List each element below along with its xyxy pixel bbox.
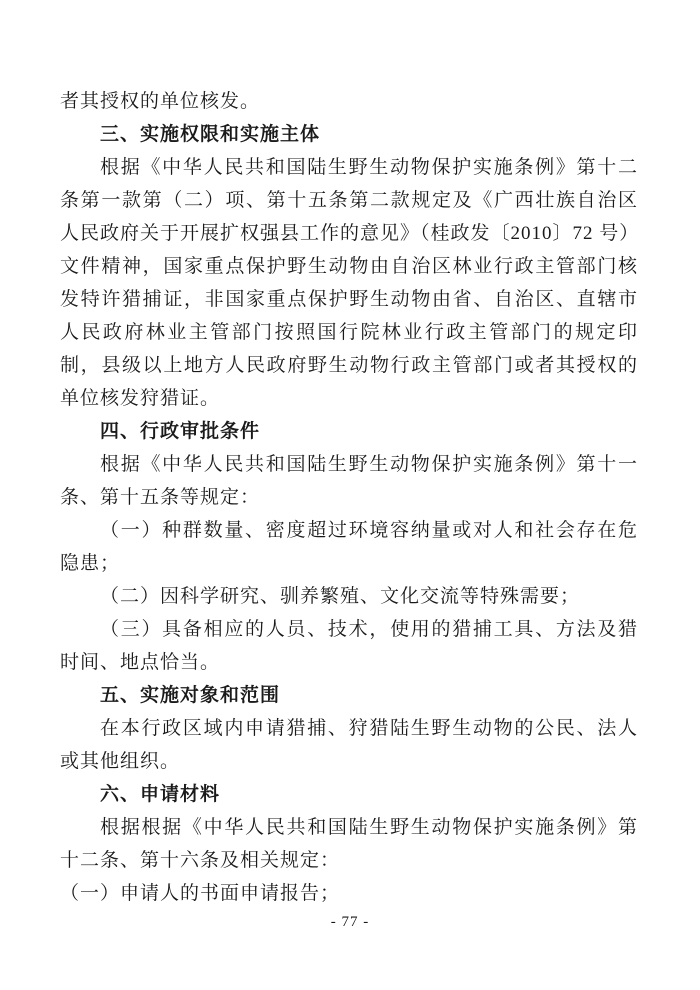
text-line: 条第一款第（二）项、第十五条第二款规定及《广西壮族自治区	[60, 184, 638, 217]
text-line: 或其他组织。	[60, 745, 638, 778]
section-heading: 三、实施权限和实施主体	[60, 118, 638, 151]
text-line: 隐患；	[60, 547, 638, 580]
text-line: 制，县级以上地方人民政府野生动物行政主管部门或者其授权的	[60, 349, 638, 382]
section-heading: 五、实施对象和范围	[60, 679, 638, 712]
text-line: 单位核发狩猎证。	[60, 382, 638, 415]
document-page: 者其授权的单位核发。三、实施权限和实施主体根据《中华人民共和国陆生野生动物保护实…	[0, 0, 700, 990]
text-line: 根据《中华人民共和国陆生野生动物保护实施条例》第十二	[60, 151, 638, 184]
document-content: 者其授权的单位核发。三、实施权限和实施主体根据《中华人民共和国陆生野生动物保护实…	[60, 85, 638, 910]
text-line: 根据根据《中华人民共和国陆生野生动物保护实施条例》第	[60, 811, 638, 844]
text-line: 时间、地点恰当。	[60, 646, 638, 679]
text-line: 文件精神，国家重点保护野生动物由自治区林业行政主管部门核	[60, 250, 638, 283]
text-line: （三）具备相应的人员、技术，使用的猎捕工具、方法及猎捕	[60, 613, 638, 646]
text-line: 十二条、第十六条及相关规定：	[60, 844, 638, 877]
text-line: 在本行政区域内申请猎捕、狩猎陆生野生动物的公民、法人	[60, 712, 638, 745]
section-heading: 六、申请材料	[60, 778, 638, 811]
text-line: （一）种群数量、密度超过环境容纳量或对人和社会存在危害	[60, 514, 638, 547]
text-line: 者其授权的单位核发。	[60, 85, 638, 118]
page-number: - 77 -	[0, 914, 700, 931]
text-line: 人民政府林业主管部门按照国行院林业行政主管部门的规定印	[60, 316, 638, 349]
text-line: 人民政府关于开展扩权强县工作的意见》（桂政发〔2010〕72 号）	[60, 217, 638, 250]
text-line: 条、第十五条等规定：	[60, 481, 638, 514]
text-line: （一）申请人的书面申请报告；	[60, 877, 638, 910]
text-line: 发特许猎捕证，非国家重点保护野生动物由省、自治区、直辖市	[60, 283, 638, 316]
text-line: （二）因科学研究、驯养繁殖、文化交流等特殊需要；	[60, 580, 638, 613]
text-line: 根据《中华人民共和国陆生野生动物保护实施条例》第十一	[60, 448, 638, 481]
section-heading: 四、行政审批条件	[60, 415, 638, 448]
